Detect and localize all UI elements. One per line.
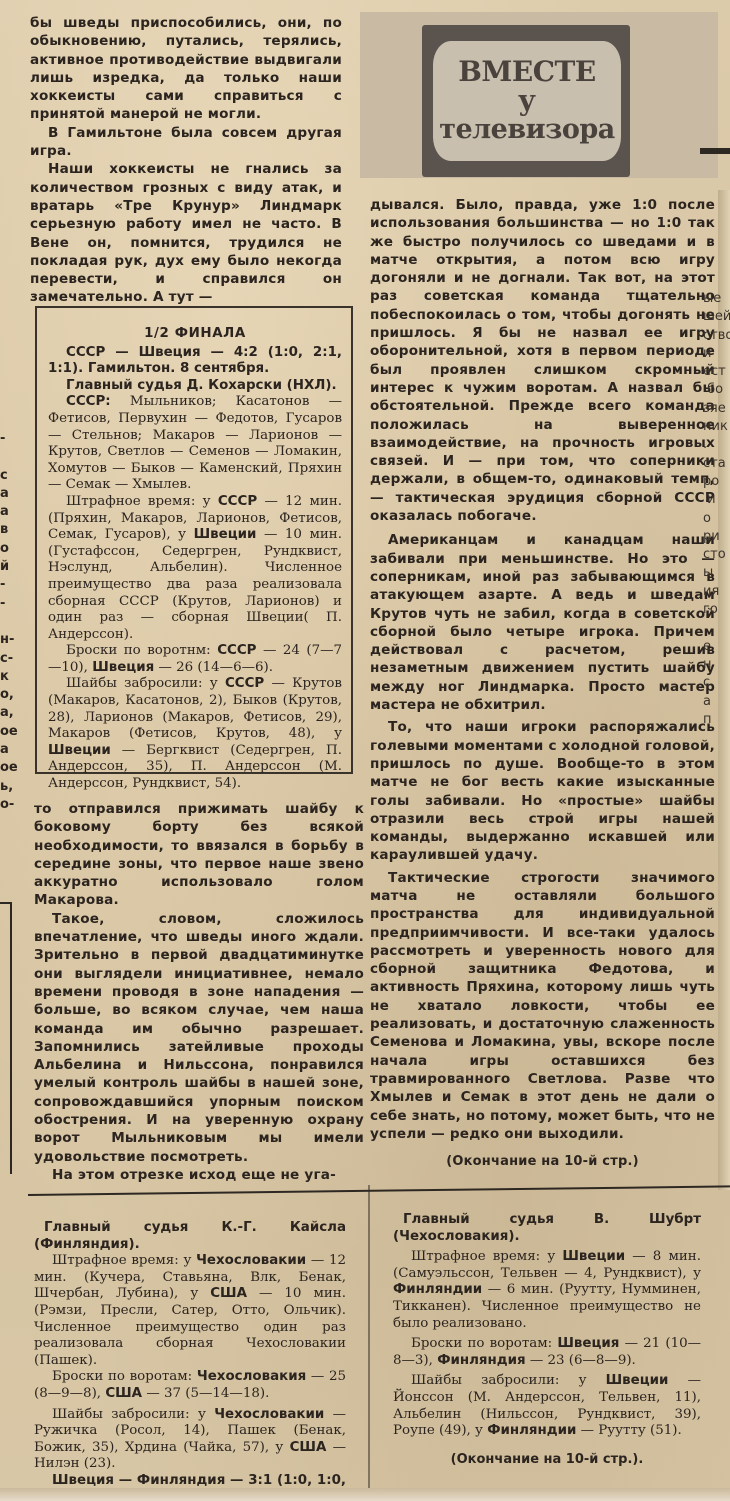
- bottom-left-stats: Главный судья К.-Г. Кайсла (Финляндия). …: [34, 1220, 346, 1501]
- penalty-prefix: Штрафное время: у: [66, 494, 211, 509]
- paragraph: то отправился прижимать шайбу к боковому…: [34, 800, 364, 910]
- paragraph: Тактические строгости значимого матча не…: [370, 869, 715, 1143]
- referee: Главный судья В. Шубрт (Чехословакия).: [393, 1212, 701, 1244]
- paragraph: На этом отрезке исход еще не уга-: [34, 1166, 364, 1184]
- team-name: США: [290, 1440, 327, 1455]
- left-edge-fragments: - с а а в о й - - н- с- к о, а, ое а ое …: [0, 430, 20, 814]
- team-name: Швеция: [92, 660, 154, 675]
- lineup-label: СССР:: [66, 394, 111, 409]
- shots-prefix: Броски по воротам:: [52, 1369, 192, 1384]
- column-title-line1: ВМЕСТЕ: [458, 57, 595, 87]
- penalty-prefix: Штрафное время: у: [411, 1249, 555, 1264]
- stats-title: 1/2 ФИНАЛА: [48, 326, 342, 343]
- semifinal-stats-box: 1/2 ФИНАЛА СССР — Швеция — 4:2 (1:0, 2:1…: [35, 306, 353, 774]
- shots-prefix: Броски по воротнм:: [66, 643, 211, 658]
- team-name: СССР: [217, 643, 256, 658]
- shots-text: — 26 (14—6—6).: [158, 660, 273, 675]
- column-border: [10, 902, 12, 1174]
- column-title-line3: телевизора: [439, 115, 615, 145]
- paragraph: То, что наши игроки распоряжались голевы…: [370, 718, 715, 864]
- column-border: [0, 902, 12, 904]
- team-name: США: [210, 1286, 247, 1301]
- column-title-line2: у: [518, 87, 536, 115]
- team-name: Швеции: [562, 1249, 625, 1264]
- team-name: Чехословакия: [197, 1369, 306, 1384]
- column-header-panel: ВМЕСТЕ у телевизора: [360, 12, 718, 178]
- continuation-note: (Окончание на 10-й стр.): [370, 1153, 715, 1171]
- goals-prefix: Шайбы забросили: у: [52, 1407, 206, 1422]
- shots-text: — 23 (6—8—9).: [530, 1353, 636, 1368]
- penalty-text: — 10 мин. (Густафссон, Седергрен, Рундкв…: [48, 527, 342, 642]
- bottom-right-stats: Главный судья В. Шубрт (Чехословакия). Ш…: [393, 1212, 701, 1468]
- goals-prefix: Шайбы забросили: у: [66, 676, 218, 691]
- article-lower-left: то отправился прижимать шайбу к боковому…: [34, 800, 364, 1184]
- article-top-left: бы шведы приспособились, они, по обыкнов…: [30, 14, 342, 307]
- team-name: Чехословакии: [196, 1253, 306, 1268]
- paragraph: Такое, словом, сложилось впечатление, чт…: [34, 910, 364, 1166]
- tv-icon-frame: ВМЕСТЕ у телевизора: [422, 25, 630, 177]
- continuation-note: (Окончание на 10-й стр.).: [393, 1452, 701, 1469]
- column-divider: [368, 1185, 370, 1490]
- team-name: Чехословакии: [214, 1407, 324, 1422]
- tv-screen: ВМЕСТЕ у телевизора: [433, 41, 621, 161]
- team-name: СССР: [225, 676, 264, 691]
- team-name: СССР: [218, 494, 257, 509]
- team-name: Швеции: [48, 743, 111, 758]
- team-name: Швеция: [557, 1336, 619, 1351]
- match-result: СССР — Швеция — 4:2 (1:0, 2:1, 1:1). Гам…: [48, 345, 342, 377]
- shots-text: — 37 (5—14—18).: [146, 1386, 269, 1401]
- team-name: Швеции: [606, 1373, 669, 1388]
- shots-prefix: Броски по воротам:: [411, 1336, 552, 1351]
- referee: Главный судья К.-Г. Кайсла (Финляндия).: [34, 1220, 346, 1252]
- decorative-bar: [700, 148, 730, 154]
- team-name: Финляндии: [487, 1423, 576, 1438]
- page-bottom-edge: [0, 1488, 730, 1501]
- paragraph: В Гамильтоне была совсем другая игра.: [30, 124, 342, 161]
- team-name: США: [105, 1386, 142, 1401]
- right-edge-fragments: ые шей ство и ест бо зяе ник . ста ро и …: [703, 290, 730, 729]
- penalty-prefix: Штрафное время: у: [52, 1253, 191, 1268]
- goals-text: — Руутту (51).: [581, 1423, 682, 1438]
- referee: Главный судья Д. Кохарски (НХЛ).: [66, 378, 337, 393]
- team-name: Финляндия: [437, 1353, 525, 1368]
- paragraph: Американцам и канадцам наши забивали при…: [370, 531, 715, 714]
- paragraph: дывался. Было, правда, уже 1:0 после исп…: [370, 196, 715, 525]
- team-name: Финляндии: [393, 1282, 482, 1297]
- paragraph: Наши хоккеисты не гнались за количеством…: [30, 160, 342, 306]
- paragraph: бы шведы приспособились, они, по обыкнов…: [30, 14, 342, 124]
- team-name: Швеции: [194, 527, 257, 542]
- goals-prefix: Шайбы забросили: у: [411, 1373, 586, 1388]
- article-right-column: дывался. Было, правда, уже 1:0 после исп…: [370, 196, 715, 1171]
